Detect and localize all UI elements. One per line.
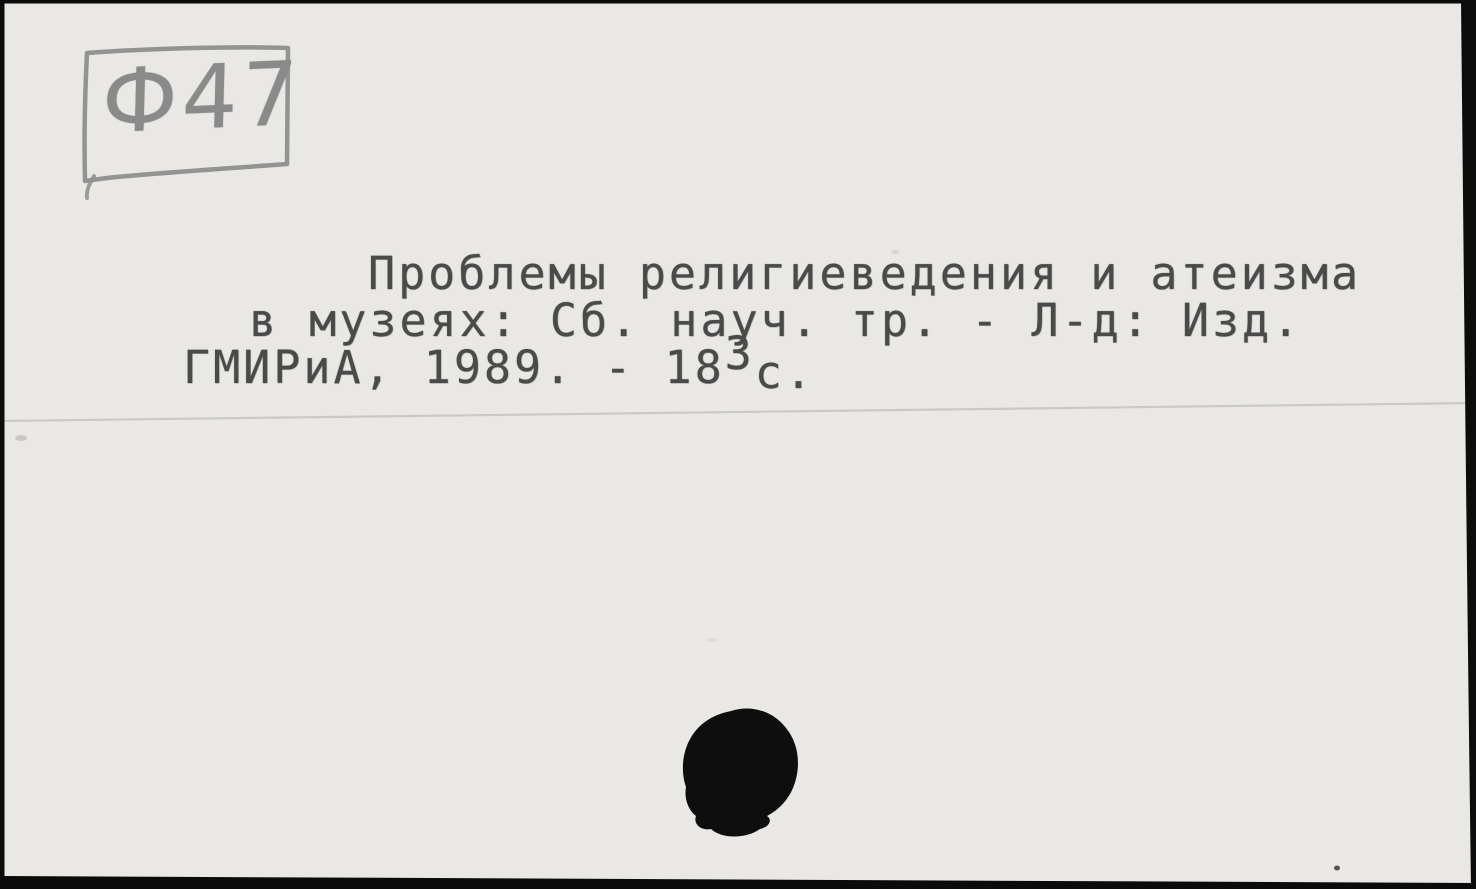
entry-line-collation-prefix: ГМИРиА, 1989. - 18 bbox=[183, 341, 725, 394]
scan-speck bbox=[1334, 866, 1340, 871]
entry-line-collation-suffix: с. bbox=[755, 350, 815, 395]
entry-line-collation: ГМИРиА, 1989. - 183с. bbox=[183, 345, 815, 390]
scan-edge-left bbox=[0, 0, 5, 879]
scan-edge-bottom bbox=[0, 876, 1476, 889]
scan-edge-top bbox=[0, 0, 1466, 4]
scan-edge-right bbox=[1461, 0, 1476, 889]
entry-line-title: Проблемы религиеведения и атеизма bbox=[368, 251, 1361, 296]
ink-blot bbox=[683, 708, 798, 836]
scanned-catalog-card: Ф47 Проблемы религиеведения и атеизма в … bbox=[0, 0, 1476, 889]
scan-speck bbox=[15, 435, 27, 441]
call-number: Ф47 bbox=[101, 44, 303, 153]
scan-speck bbox=[707, 638, 717, 642]
page-count-superscript: 3 bbox=[725, 331, 755, 376]
card-bottom-edge-line bbox=[0, 403, 1476, 421]
entry-line-imprint: в музеях: Сб. науч. тр. - Л-д: Изд. bbox=[249, 298, 1302, 343]
